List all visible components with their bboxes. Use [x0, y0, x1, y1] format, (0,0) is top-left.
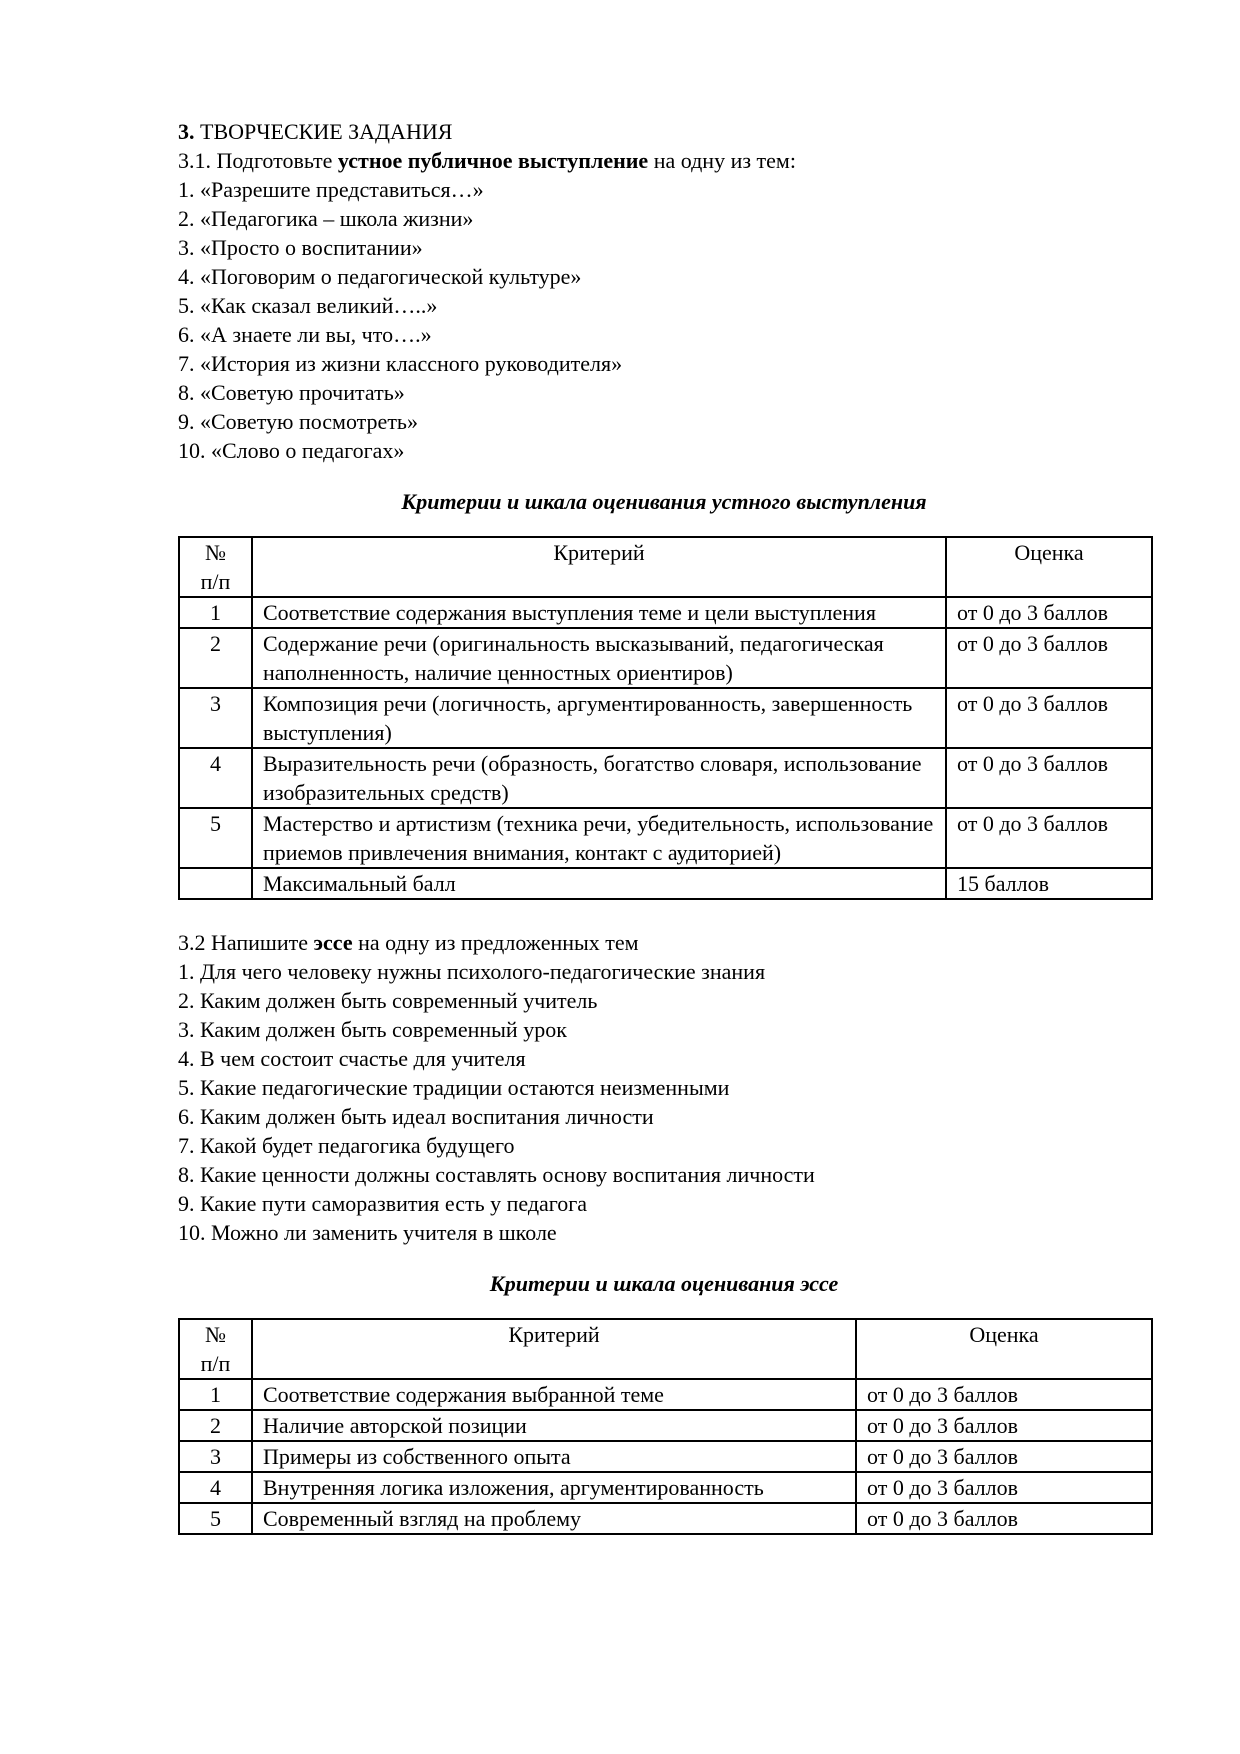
document-page: 3. ТВОРЧЕСКИЕ ЗАДАНИЯ 3.1. Подготовьте у…	[178, 117, 1150, 1535]
task2-intro-bold: эссе	[314, 930, 353, 955]
topic-item: 2. Каким должен быть современный учитель	[178, 986, 1150, 1015]
row-number: 2	[179, 628, 252, 688]
row-number	[179, 868, 252, 899]
row-score: от 0 до 3 баллов	[856, 1472, 1152, 1503]
row-score: от 0 до 3 баллов	[946, 628, 1152, 688]
task1-intro-suffix: на одну из тем:	[648, 148, 796, 173]
row-criterion: Композиция речи (логичность, аргументиро…	[252, 688, 946, 748]
topic-item: 8. Какие ценности должны составлять осно…	[178, 1160, 1150, 1189]
header-score: Оценка	[856, 1319, 1152, 1379]
row-score: 15 баллов	[946, 868, 1152, 899]
table-row: 1Соответствие содержания выбранной темео…	[179, 1379, 1152, 1410]
row-score: от 0 до 3 баллов	[946, 597, 1152, 628]
row-criterion: Соответствие содержания выступления теме…	[252, 597, 946, 628]
row-score: от 0 до 3 баллов	[856, 1410, 1152, 1441]
header-num: № п/п	[179, 1319, 252, 1379]
topic-item: 5. «Как сказал великий…..»	[178, 291, 1150, 320]
topic-item: 4. «Поговорим о педагогической культуре»	[178, 262, 1150, 291]
table-header-row: № п/п Критерий Оценка	[179, 1319, 1152, 1379]
topic-item: 1. Для чего человеку нужны психолого-пед…	[178, 957, 1150, 986]
row-number: 3	[179, 1441, 252, 1472]
row-criterion: Соответствие содержания выбранной теме	[252, 1379, 856, 1410]
task2-intro: 3.2 Напишите эссе на одну из предложенны…	[178, 928, 1150, 957]
row-criterion: Выразительность речи (образность, богатс…	[252, 748, 946, 808]
row-score: от 0 до 3 баллов	[856, 1441, 1152, 1472]
task1-table-caption: Критерии и шкала оценивания устного выст…	[178, 487, 1150, 516]
table-row: 5Современный взгляд на проблемуот 0 до 3…	[179, 1503, 1152, 1534]
task2-table-caption: Критерии и шкала оценивания эссе	[178, 1269, 1150, 1298]
row-criterion: Внутренняя логика изложения, аргументиро…	[252, 1472, 856, 1503]
row-number: 4	[179, 748, 252, 808]
topic-item: 7. «История из жизни классного руководит…	[178, 349, 1150, 378]
row-number: 5	[179, 1503, 252, 1534]
row-criterion: Максимальный балл	[252, 868, 946, 899]
header-criterion: Критерий	[252, 1319, 856, 1379]
row-number: 3	[179, 688, 252, 748]
section-title: ТВОРЧЕСКИЕ ЗАДАНИЯ	[200, 119, 452, 144]
row-score: от 0 до 3 баллов	[856, 1379, 1152, 1410]
row-criterion: Примеры из собственного опыта	[252, 1441, 856, 1472]
topic-item: 9. Какие пути саморазвития есть у педаго…	[178, 1189, 1150, 1218]
task2-intro-suffix: на одну из предложенных тем	[353, 930, 639, 955]
topic-item: 5. Какие педагогические традиции остаютс…	[178, 1073, 1150, 1102]
task1-intro-bold: устное публичное выступление	[338, 148, 648, 173]
section-heading: 3. ТВОРЧЕСКИЕ ЗАДАНИЯ	[178, 117, 1150, 146]
table-row: 3Примеры из собственного опытаот 0 до 3 …	[179, 1441, 1152, 1472]
header-score: Оценка	[946, 537, 1152, 597]
topic-item: 3. Каким должен быть современный урок	[178, 1015, 1150, 1044]
topic-item: 2. «Педагогика – школа жизни»	[178, 204, 1150, 233]
row-number: 1	[179, 1379, 252, 1410]
row-criterion: Мастерство и артистизм (техника речи, уб…	[252, 808, 946, 868]
table-row: Максимальный балл15 баллов	[179, 868, 1152, 899]
section-number: 3.	[178, 119, 195, 144]
task2-intro-prefix: 3.2 Напишите	[178, 930, 314, 955]
row-score: от 0 до 3 баллов	[946, 748, 1152, 808]
row-number: 2	[179, 1410, 252, 1441]
topic-item: 6. «А знаете ли вы, что….»	[178, 320, 1150, 349]
table-row: 4Выразительность речи (образность, богат…	[179, 748, 1152, 808]
task1-intro: 3.1. Подготовьте устное публичное выступ…	[178, 146, 1150, 175]
row-number: 1	[179, 597, 252, 628]
task2-topic-list: 1. Для чего человеку нужны психолого-пед…	[178, 957, 1150, 1247]
table-header-row: № п/п Критерий Оценка	[179, 537, 1152, 597]
row-criterion: Наличие авторской позиции	[252, 1410, 856, 1441]
essay-criteria-table: № п/п Критерий Оценка 1Соответствие соде…	[178, 1318, 1153, 1535]
topic-item: 3. «Просто о воспитании»	[178, 233, 1150, 262]
table-row: 1Соответствие содержания выступления тем…	[179, 597, 1152, 628]
header-criterion: Критерий	[252, 537, 946, 597]
task1-topic-list: 1. «Разрешите представиться…»2. «Педагог…	[178, 175, 1150, 465]
table-row: 2Содержание речи (оригинальность высказы…	[179, 628, 1152, 688]
row-score: от 0 до 3 баллов	[856, 1503, 1152, 1534]
row-number: 4	[179, 1472, 252, 1503]
row-score: от 0 до 3 баллов	[946, 688, 1152, 748]
speech-criteria-table: № п/п Критерий Оценка 1Соответствие соде…	[178, 536, 1153, 900]
row-criterion: Современный взгляд на проблему	[252, 1503, 856, 1534]
table-row: 5Мастерство и артистизм (техника речи, у…	[179, 808, 1152, 868]
header-num: № п/п	[179, 537, 252, 597]
topic-item: 6. Каким должен быть идеал воспитания ли…	[178, 1102, 1150, 1131]
row-criterion: Содержание речи (оригинальность высказыв…	[252, 628, 946, 688]
topic-item: 9. «Советую посмотреть»	[178, 407, 1150, 436]
topic-item: 10. «Слово о педагогах»	[178, 436, 1150, 465]
table-row: 4Внутренняя логика изложения, аргументир…	[179, 1472, 1152, 1503]
topic-item: 7. Какой будет педагогика будущего	[178, 1131, 1150, 1160]
table-row: 3Композиция речи (логичность, аргументир…	[179, 688, 1152, 748]
table-row: 2Наличие авторской позицииот 0 до 3 балл…	[179, 1410, 1152, 1441]
topic-item: 4. В чем состоит счастье для учителя	[178, 1044, 1150, 1073]
task1-intro-prefix: 3.1. Подготовьте	[178, 148, 338, 173]
row-score: от 0 до 3 баллов	[946, 808, 1152, 868]
topic-item: 1. «Разрешите представиться…»	[178, 175, 1150, 204]
topic-item: 10. Можно ли заменить учителя в школе	[178, 1218, 1150, 1247]
topic-item: 8. «Советую прочитать»	[178, 378, 1150, 407]
row-number: 5	[179, 808, 252, 868]
